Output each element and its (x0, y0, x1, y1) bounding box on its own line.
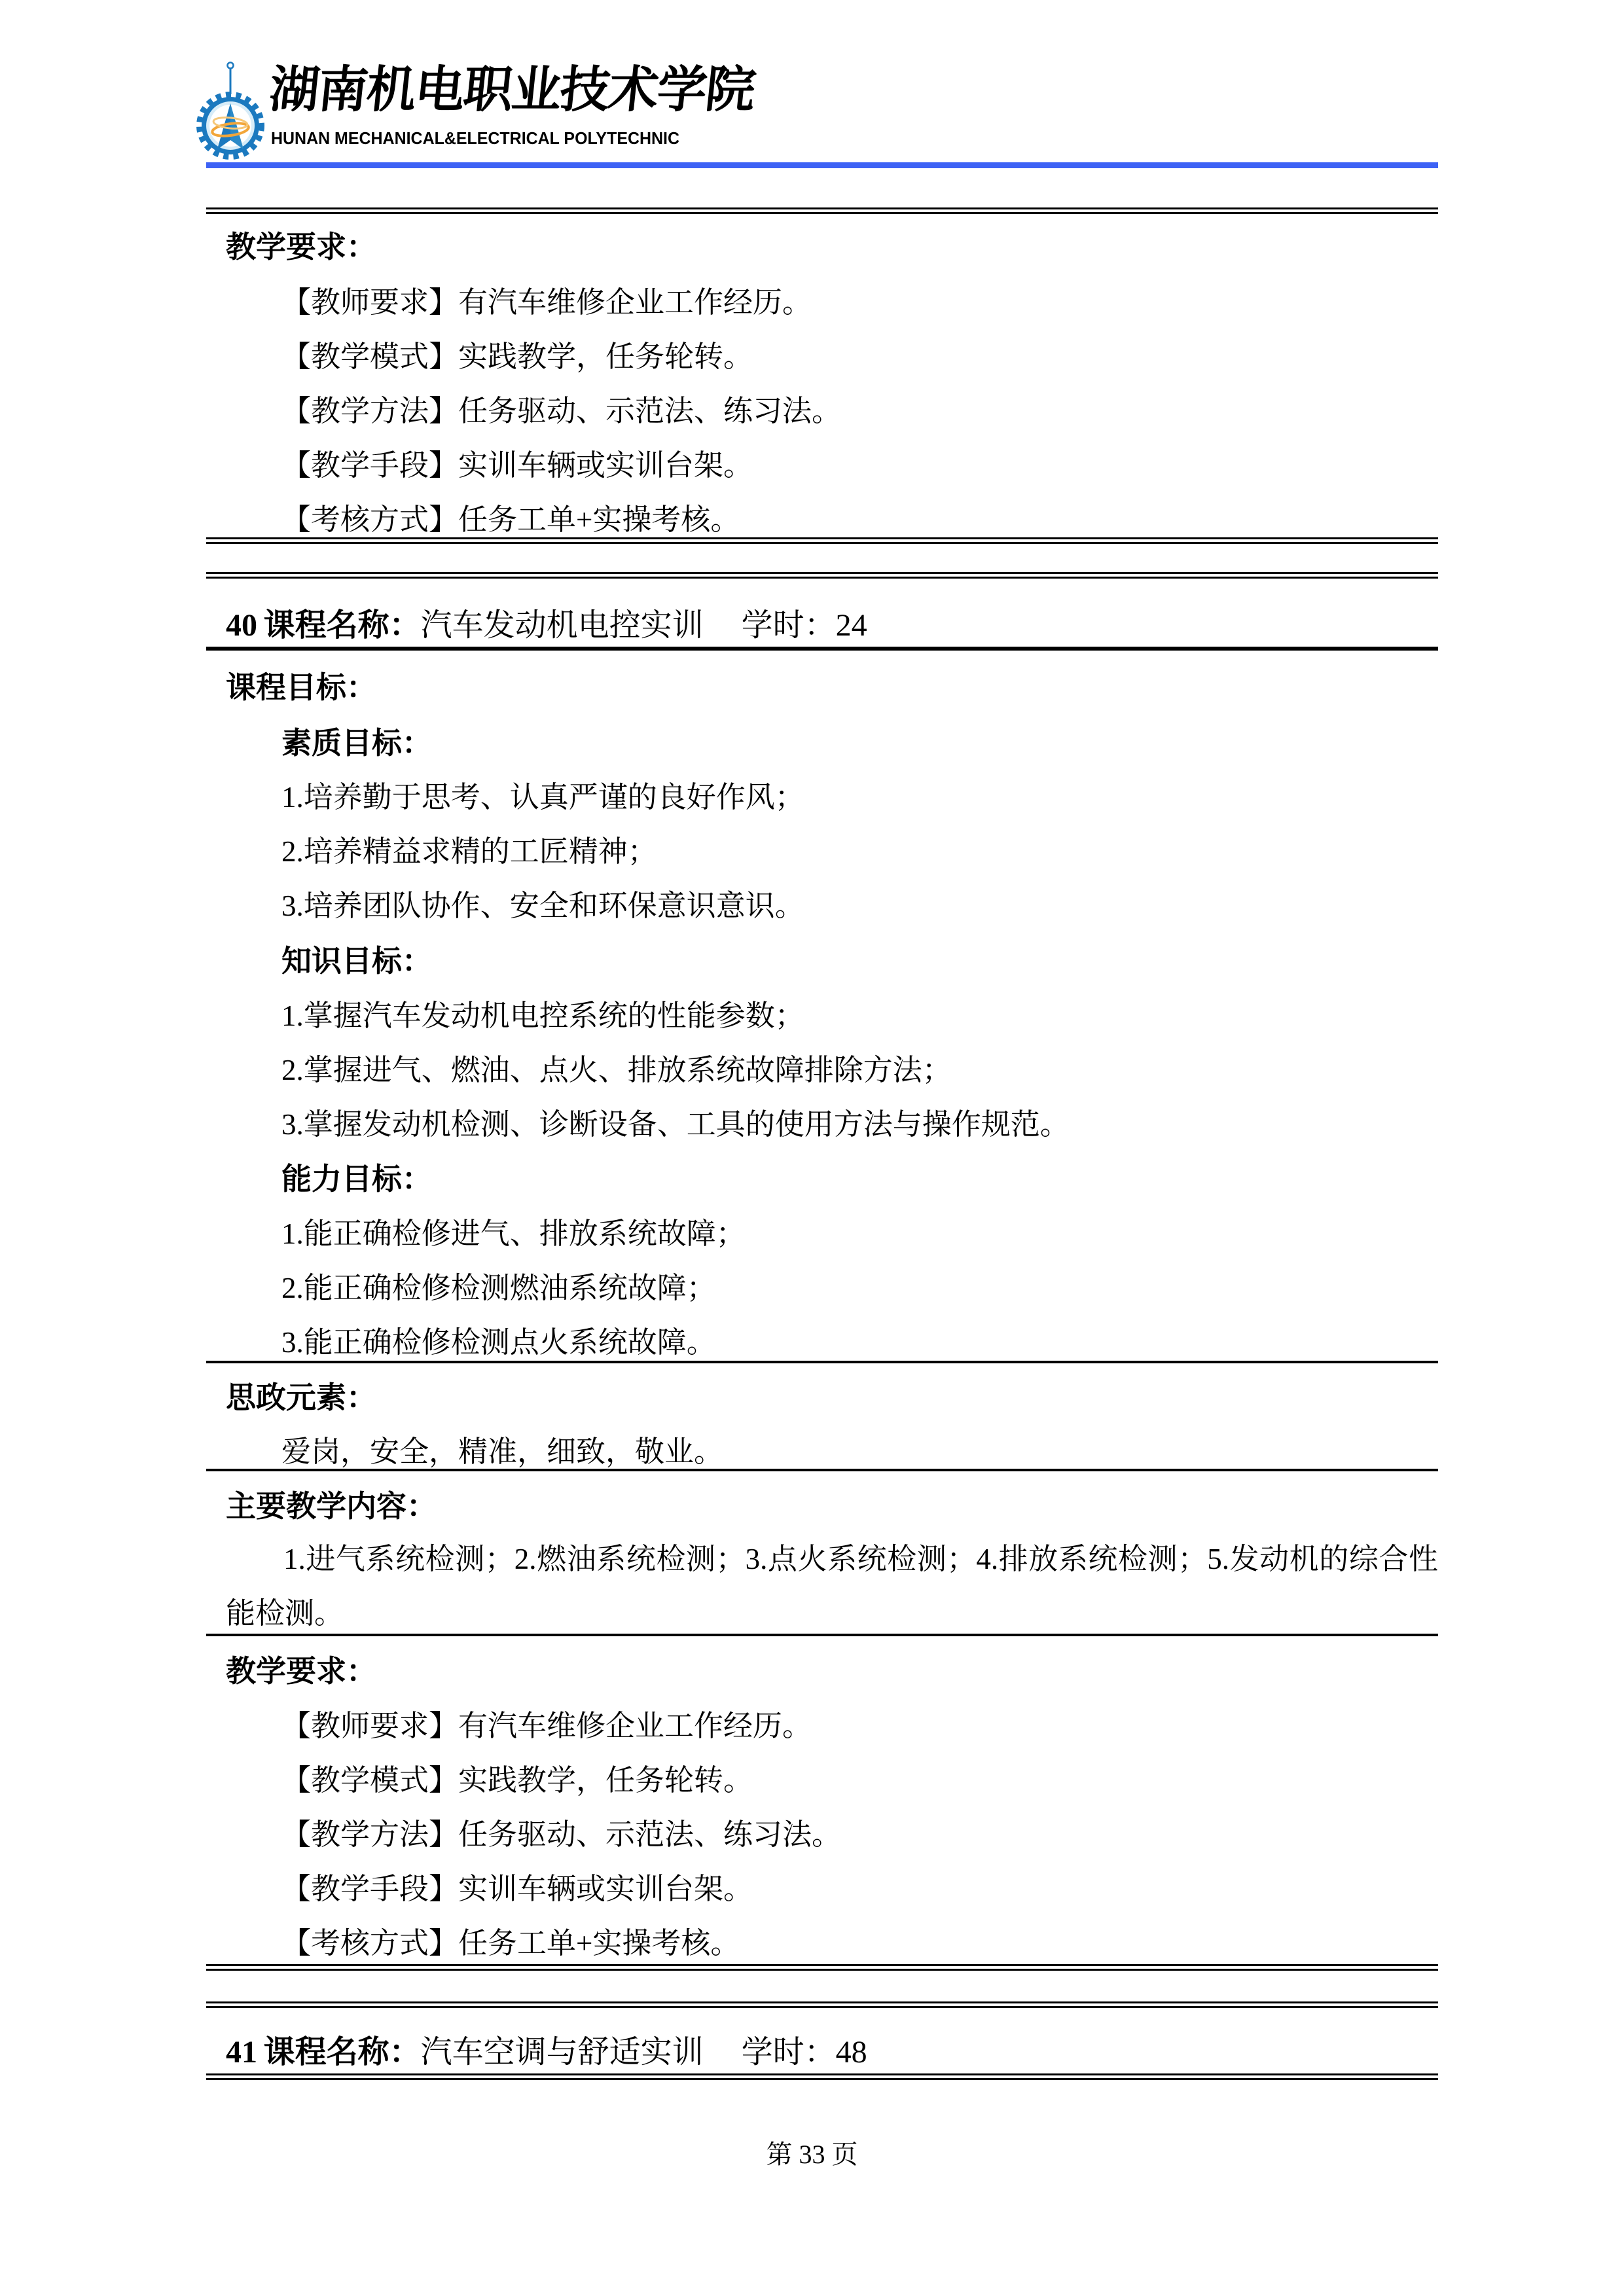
course-41-title: 41 课程名称：汽车空调与舒适实训学时：48 (226, 2036, 867, 2070)
teaching-requirements-heading: 教学要求： (226, 1655, 376, 1689)
course-hours: 24 (836, 608, 867, 643)
course-number: 40 (226, 608, 257, 643)
quality-goals-heading: 素质目标： (281, 726, 432, 761)
teaching-requirement-item: 【教学手段】实训车辆或实训台架。 (281, 449, 753, 483)
ideology-elements-heading: 思政元素： (226, 1381, 376, 1416)
page-number: 第 33 页 (0, 2140, 1624, 2169)
course-title-underline (206, 647, 1438, 651)
course-hours-label: 学时： (742, 2035, 836, 2070)
course-40-title: 40 课程名称：汽车发动机电控实训学时：24 (226, 609, 867, 643)
course-name: 汽车发动机电控实训 (421, 608, 704, 643)
knowledge-goal-item: 1.掌握汽车发动机电控系统的性能参数； (281, 999, 804, 1033)
knowledge-goals-heading: 知识目标： (281, 944, 432, 979)
ability-goal-item: 2.能正确检修检测燃油系统故障； (281, 1272, 716, 1306)
ability-goal-item: 3.能正确检修检测点火系统故障。 (281, 1326, 716, 1360)
header-accent-line (206, 162, 1438, 168)
teaching-requirement-item: 【教学方法】任务驱动、示范法、练习法。 (281, 395, 841, 429)
ability-goals-heading: 能力目标： (281, 1162, 432, 1197)
course-name-label: 课程名称： (264, 608, 421, 643)
course-hours: 48 (836, 2035, 867, 2070)
knowledge-goal-item: 2.掌握进气、燃油、点火、排放系统故障排除方法； (281, 1054, 952, 1088)
quality-goal-item: 2.培养精益求精的工匠精神； (281, 835, 657, 869)
teaching-requirement-item: 【考核方式】任务工单+实操考核。 (281, 503, 740, 537)
main-teaching-content-text: 1.进气系统检测；2.燃油系统检测；3.点火系统检测；4.排放系统检测；5.发动… (226, 1532, 1438, 1641)
quality-goal-item: 3.培养团队协作、安全和环保意识意识。 (281, 889, 804, 924)
school-name-english: HUNAN MECHANICAL&ELECTRICAL POLYTECHNIC (271, 128, 679, 149)
section-separator-line (206, 1634, 1438, 1636)
teaching-requirement-item: 【教师要求】有汽车维修企业工作经历。 (281, 1710, 812, 1744)
teaching-requirement-item: 【教师要求】有汽车维修企业工作经历。 (281, 286, 812, 320)
course-number: 41 (226, 2035, 257, 2070)
teaching-requirement-item: 【教学模式】实践教学，任务轮转。 (281, 1764, 753, 1798)
section-separator-double-line (206, 572, 1438, 579)
teaching-requirement-item: 【教学模式】实践教学，任务轮转。 (281, 340, 753, 374)
school-gear-emblem-icon (196, 60, 264, 162)
section-separator-line (206, 1361, 1438, 1363)
section-separator-double-line (206, 2001, 1438, 2008)
teaching-requirements-heading: 教学要求： (226, 230, 376, 265)
course-name: 汽车空调与舒适实训 (421, 2035, 704, 2070)
course-name-label: 课程名称： (264, 2035, 421, 2070)
document-page: 湖南机电职业技术学院 HUNAN MECHANICAL&ELECTRICAL P… (0, 0, 1624, 2296)
quality-goal-item: 1.培养勤于思考、认真严谨的良好作风； (281, 781, 804, 815)
course-objectives-heading: 课程目标： (226, 671, 376, 706)
ability-goal-item: 1.能正确检修进气、排放系统故障； (281, 1217, 746, 1251)
course-hours-label: 学时： (742, 608, 836, 643)
section-separator-line (206, 1469, 1438, 1471)
teaching-requirement-item: 【考核方式】任务工单+实操考核。 (281, 1927, 740, 1961)
section-separator-double-line (206, 537, 1438, 544)
school-name-chinese: 湖南机电职业技术学院 (267, 65, 717, 115)
main-teaching-content-heading: 主要教学内容： (226, 1490, 437, 1524)
header-divider-double-line (206, 207, 1438, 214)
teaching-requirement-item: 【教学手段】实训车辆或实训台架。 (281, 1873, 753, 1907)
course-title-underline-double-line (206, 2073, 1438, 2080)
ideology-elements-text: 爱岗，安全，精准，细致，敬业。 (281, 1435, 723, 1469)
teaching-requirement-item: 【教学方法】任务驱动、示范法、练习法。 (281, 1818, 841, 1852)
knowledge-goal-item: 3.掌握发动机检测、诊断设备、工具的使用方法与操作规范。 (281, 1108, 1070, 1142)
section-separator-double-line (206, 1964, 1438, 1971)
